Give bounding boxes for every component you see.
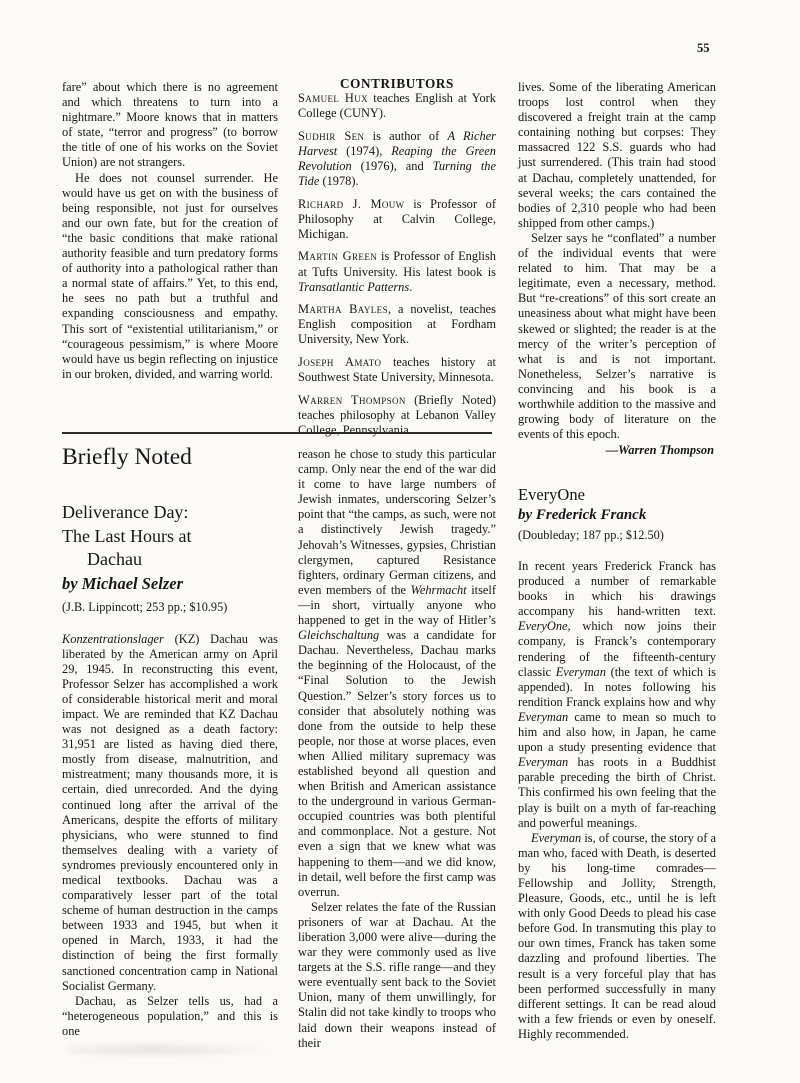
review-paragraph: Everyman is, of course, the story of a m… — [518, 831, 716, 1042]
everyone-review-section: EveryOne by Frederick Franck (Doubleday;… — [518, 485, 716, 1042]
contributors-column: CONTRIBUTORS Samuel Hux teaches English … — [298, 76, 496, 445]
review-paragraph: Dachau, as Selzer tells us, had a “heter… — [62, 994, 278, 1039]
everyone-publisher: (Doubleday; 187 pp.; $12.50) — [518, 528, 716, 543]
review-paragraph: Selzer relates the fate of the Russian p… — [298, 900, 496, 1051]
contributors-heading: CONTRIBUTORS — [298, 76, 496, 91]
magazine-page: 55 fare” about which there is no agreeme… — [0, 0, 800, 1083]
contributor-entry: Samuel Hux teaches English at York Colle… — [298, 91, 496, 121]
book-byline: by Michael Selzer — [62, 574, 278, 594]
dachau-review-end-column: lives. Some of the liberating American t… — [518, 80, 716, 458]
contributor-entry: Martha Bayles, a novelist, teaches Engli… — [298, 302, 496, 347]
review-paragraph: Selzer says he “conflated” a number of t… — [518, 231, 716, 442]
contributor-entry: Joseph Amato teaches history at Southwes… — [298, 355, 496, 385]
everyone-review-text: In recent years Frederick Franck has pro… — [518, 559, 716, 1042]
review-paragraph: In recent years Frederick Franck has pro… — [518, 559, 716, 831]
reviewer-signature: —Warren Thompson — [518, 443, 716, 458]
book-title: Deliverance Day: The Last Hours at Dacha… — [62, 501, 278, 572]
review-paragraph: He does not counsel surrender. He would … — [62, 171, 278, 382]
review-paragraph: fare” about which there is no agreement … — [62, 80, 278, 171]
everyone-title: EveryOne — [518, 485, 716, 505]
contributor-entry: Sudhir Sen is author of A Richer Harvest… — [298, 129, 496, 189]
page-number: 55 — [697, 41, 710, 56]
briefly-noted-heading: Briefly Noted — [62, 444, 278, 471]
dachau-review-middle-column: reason he chose to study this particular… — [298, 447, 496, 1051]
section-divider-rule — [62, 432, 492, 434]
book-title-line: Dachau — [62, 548, 278, 572]
review-paragraph: Konzentrationslager (KZ) Dachau was libe… — [62, 632, 278, 994]
everyone-byline: by Frederick Franck — [518, 507, 716, 524]
contributor-entry: Richard J. Mouw is Professor of Philosop… — [298, 197, 496, 242]
dachau-review-left-text: Konzentrationslager (KZ) Dachau was libe… — [62, 632, 278, 1040]
book-title-line: The Last Hours at — [62, 525, 278, 549]
briefly-noted-column: Briefly Noted Deliverance Day: The Last … — [62, 444, 278, 1039]
contributor-entry: Martin Green is Professor of English at … — [298, 249, 496, 294]
moore-review-end-column: fare” about which there is no agreement … — [62, 80, 278, 382]
scan-artifact — [68, 1042, 278, 1058]
book-heading-block: Deliverance Day: The Last Hours at Dacha… — [62, 501, 278, 615]
review-paragraph: reason he chose to study this particular… — [298, 447, 496, 900]
book-title-line: Deliverance Day: — [62, 501, 278, 525]
book-publisher: (J.B. Lippincott; 253 pp.; $10.95) — [62, 600, 278, 615]
review-paragraph: lives. Some of the liberating American t… — [518, 80, 716, 231]
